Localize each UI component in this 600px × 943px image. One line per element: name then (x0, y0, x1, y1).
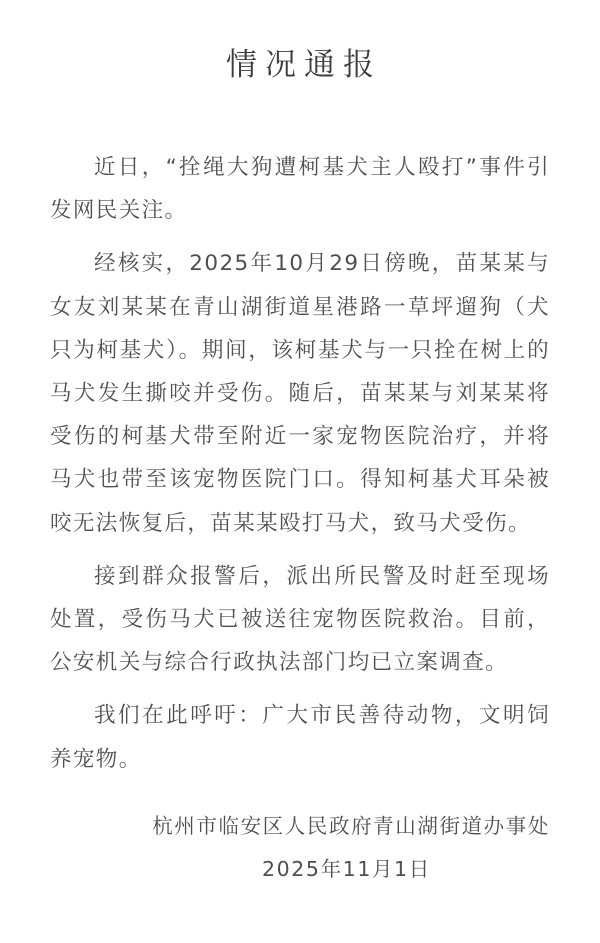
paragraph-appeal: 我们在此呼吁：广大市民善待动物，文明饲养宠物。 (50, 694, 550, 780)
page-title: 情况通报 (0, 44, 600, 86)
paragraph-police-response: 接到群众报警后，派出所民警及时赶至现场处置，受伤马犬已被送往宠物医院救治。目前，… (50, 555, 550, 685)
issuer-signature: 杭州市临安区人民政府青山湖街道办事处 (152, 806, 550, 846)
paragraph-verification: 经核实，2025年10月29日傍晚，苗某某与女友刘某某在青山湖街道星港路一草坪遛… (50, 242, 550, 544)
notice-body: 近日，“拴绳大狗遭柯基犬主人殴打”事件引发网民关注。 经核实，2025年10月2… (50, 146, 550, 791)
paragraph-intro: 近日，“拴绳大狗遭柯基犬主人殴打”事件引发网民关注。 (50, 146, 550, 232)
issue-date: 2025年11月1日 (262, 849, 431, 889)
